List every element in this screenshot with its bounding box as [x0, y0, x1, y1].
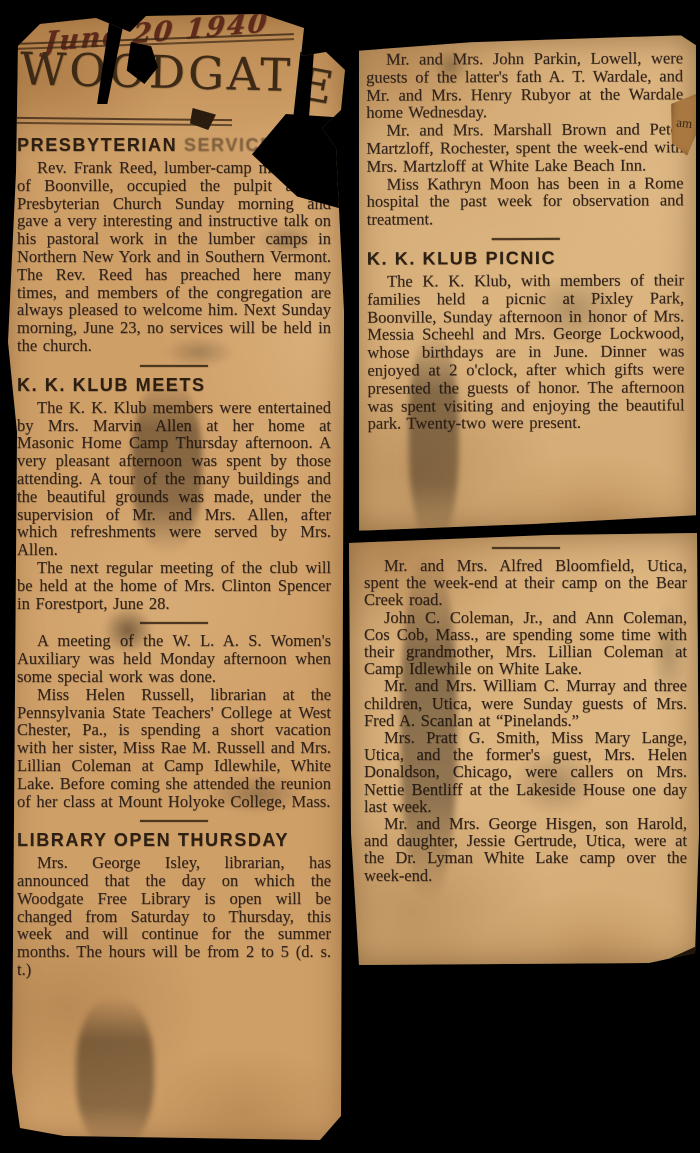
section-divider — [492, 547, 560, 549]
article-heading-library-open-thursday: LIBRARY OPEN THURSDAY — [17, 830, 331, 851]
section-divider — [140, 365, 208, 367]
newspaper-clipping-right-top: Mr. and Mrs. John Parkin, Lowell, were g… — [351, 35, 698, 531]
left-column-articles: PRESBYTERIAN SERVICES Rev. Frank Reed, l… — [4, 12, 346, 979]
section-divider — [140, 622, 208, 624]
article-heading-presbyterian-services: PRESBYTERIAN SERVICES — [17, 135, 331, 156]
article-kk-meets-para1: The K. K. Klub members were entertained … — [17, 399, 331, 559]
article-kathryn-moon: Miss Kathryn Moon has been in a Rome hos… — [367, 174, 684, 229]
torn-text-fragment: am — [676, 115, 693, 133]
article-presbyterian-body: Rev. Frank Reed, lumber-camp missionary … — [17, 159, 331, 355]
article-bloomfield: Mr. and Mrs. Alfred Bloomfield, Utica, s… — [364, 557, 687, 609]
ink-stain — [76, 997, 154, 1144]
article-smith-lange: Mrs. Pratt G. Smith, Miss Mary Lange, Ut… — [364, 729, 687, 815]
article-kk-picnic-body: The K. K. Klub, with members of their fa… — [367, 271, 685, 433]
article-brown-martzloff: Mr. and Mrs. Marshall Brown and Peter Ma… — [366, 120, 683, 175]
article-hisgen: Mr. and Mrs. George Hisgen, son Harold, … — [364, 815, 687, 884]
newspaper-clipping-right-bottom: Mr. and Mrs. Alfred Bloomfield, Utica, s… — [349, 533, 699, 965]
section-divider — [491, 238, 559, 240]
article-murray: Mr. and Mrs. William C. Murray and three… — [364, 677, 687, 729]
scan-background: June 20 1940 WOODGATE PRESBYTERIAN SERVI… — [0, 0, 700, 1153]
corner-fold — [655, 945, 699, 965]
article-heading-kk-klub-picnic: K. K. KLUB PICNIC — [367, 247, 684, 269]
article-heading-kk-klub-meets: K. K. KLUB MEETS — [17, 375, 331, 396]
article-library-body: Mrs. George Isley, librarian, has announ… — [17, 854, 331, 979]
right-bottom-articles: Mr. and Mrs. Alfred Bloomfield, Utica, s… — [349, 533, 699, 884]
right-top-articles: Mr. and Mrs. John Parkin, Lowell, were g… — [351, 35, 698, 433]
article-coleman: John C. Coleman, Jr., and Ann Coleman, C… — [364, 609, 687, 678]
newspaper-clipping-left: June 20 1940 WOODGATE PRESBYTERIAN SERVI… — [4, 12, 346, 1144]
article-kk-meets-para2: The next regular meeting of the club wil… — [17, 559, 331, 612]
article-wlas-para2: Miss Helen Russell, librarian at the Pen… — [17, 686, 331, 811]
article-parkin: Mr. and Mrs. John Parkin, Lowell, were g… — [366, 49, 683, 122]
article-wlas-para1: A meeting of the W. L. A. S. Women's Aux… — [17, 632, 331, 685]
section-divider — [140, 820, 208, 822]
